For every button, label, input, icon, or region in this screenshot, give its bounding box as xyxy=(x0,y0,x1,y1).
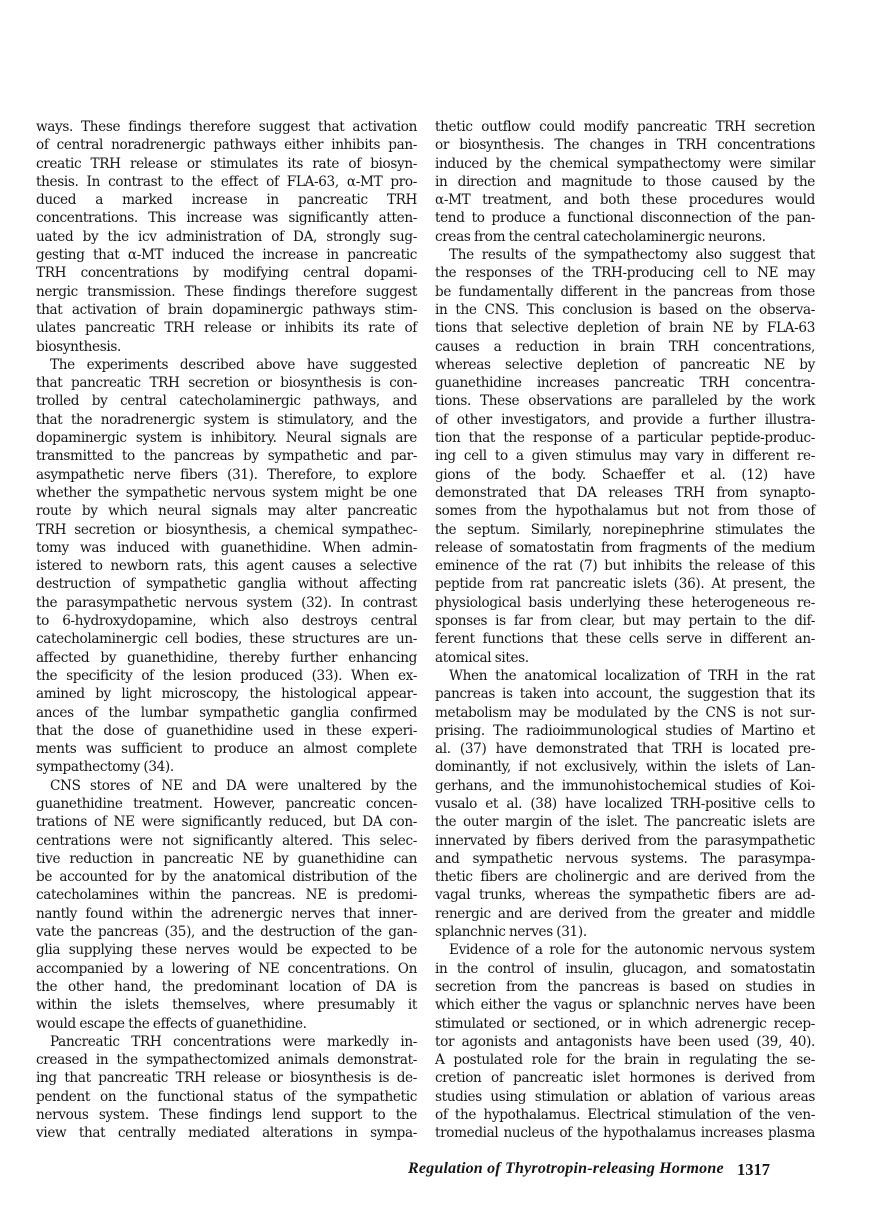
text-line: causes a reduction in brain TRH concentr… xyxy=(435,338,815,356)
text-line: route by which neural signals may alter … xyxy=(36,502,417,520)
text-line: the septum. Similarly, norepinephrine st… xyxy=(435,521,815,539)
text-line: secretion from the pancreas is based on … xyxy=(435,978,815,996)
text-line: CNS stores of NE and DA were unaltered b… xyxy=(36,777,417,795)
text-line: catecholamines within the pancreas. NE i… xyxy=(36,886,417,904)
text-line: the parasympathetic nervous system (32).… xyxy=(36,594,417,612)
text-line: When the anatomical localization of TRH … xyxy=(435,667,815,685)
text-line: nergic transmission. These findings ther… xyxy=(36,283,417,301)
text-line: the responses of the TRH-producing cell … xyxy=(435,264,815,282)
text-line: prising. The radioimmunological studies … xyxy=(435,722,815,740)
text-line: or biosynthesis. The changes in TRH conc… xyxy=(435,136,815,154)
text-line: concentrations. This increase was signif… xyxy=(36,209,417,227)
text-line: be fundamentally different in the pancre… xyxy=(435,283,815,301)
text-line: ing that pancreatic TRH release or biosy… xyxy=(36,1069,417,1087)
text-line: that pancreatic TRH secretion or biosynt… xyxy=(36,374,417,392)
text-line: TRH concentrations by modifying central … xyxy=(36,264,417,282)
text-line: ances of the lumbar sympathetic ganglia … xyxy=(36,704,417,722)
text-line: TRH secretion or biosynthesis, a chemica… xyxy=(36,521,417,539)
text-line: physiological basis underlying these het… xyxy=(435,594,815,612)
text-line: glia supplying these nerves would be exp… xyxy=(36,941,417,959)
text-line: tion that the response of a particular p… xyxy=(435,429,815,447)
text-line: stimulated or sectioned, or in which adr… xyxy=(435,1015,815,1033)
text-line: studies using stimulation or ablation of… xyxy=(435,1088,815,1106)
text-line: release of somatostatin from fragments o… xyxy=(435,539,815,557)
text-line: destruction of sympathetic ganglia witho… xyxy=(36,575,417,593)
text-line: eminence of the rat (7) but inhibits the… xyxy=(435,557,815,575)
text-line: metabolism may be modulated by the CNS i… xyxy=(435,704,815,722)
text-line: tions that selective depletion of brain … xyxy=(435,319,815,337)
text-line: catecholaminergic cell bodies, these str… xyxy=(36,630,417,648)
text-line: of other investigators, and provide a fu… xyxy=(435,411,815,429)
text-line: affected by guanethidine, thereby furthe… xyxy=(36,649,417,667)
text-line: the specificity of the lesion produced (… xyxy=(36,667,417,685)
text-line: the outer margin of the islet. The pancr… xyxy=(435,813,815,831)
text-line: ulates pancreatic TRH release or inhibit… xyxy=(36,319,417,337)
text-line: be accounted for by the anatomical distr… xyxy=(36,868,417,886)
text-line: transmitted to the pancreas by sympathet… xyxy=(36,447,417,465)
text-line: the other hand, the predominant location… xyxy=(36,978,417,996)
text-line: al. (37) have demonstrated that TRH is l… xyxy=(435,740,815,758)
text-line: sympathectomy (34). xyxy=(36,758,417,776)
text-line: cretion of pancreatic islet hormones is … xyxy=(435,1069,815,1087)
running-title: Regulation of Thyrotropin-releasing Horm… xyxy=(408,1160,724,1177)
text-line: creased in the sympathectomized animals … xyxy=(36,1051,417,1069)
text-line: vusalo et al. (38) have localized TRH-po… xyxy=(435,795,815,813)
text-line: biosynthesis. xyxy=(36,338,417,356)
text-line: asympathetic nerve fibers (31). Therefor… xyxy=(36,466,417,484)
text-line: tor agonists and antagonists have been u… xyxy=(435,1033,815,1051)
left-text-column: ways. These findings therefore suggest t… xyxy=(36,118,417,1143)
text-line: dominantly, if not exclusively, within t… xyxy=(435,758,815,776)
text-line: that the noradrenergic system is stimula… xyxy=(36,411,417,429)
text-line: thesis. In contrast to the effect of FLA… xyxy=(36,173,417,191)
text-line: induced by the chemical sympathectomy we… xyxy=(435,155,815,173)
text-line: guanethidine treatment. However, pancrea… xyxy=(36,795,417,813)
text-line: somes from the hypothalamus but not from… xyxy=(435,502,815,520)
text-line: accompanied by a lowering of NE concentr… xyxy=(36,960,417,978)
text-line: amined by light microscopy, the histolog… xyxy=(36,685,417,703)
page-number: 1317 xyxy=(737,1160,770,1180)
text-line: duced a marked increase in pancreatic TR… xyxy=(36,191,417,209)
text-line: vate the pancreas (35), and the destruct… xyxy=(36,923,417,941)
text-line: which either the vagus or splanchnic ner… xyxy=(435,996,815,1014)
text-line: splanchnic nerves (31). xyxy=(435,923,815,941)
text-line: centrations were not significantly alter… xyxy=(36,832,417,850)
text-line: creatic TRH release or stimulates its ra… xyxy=(36,155,417,173)
text-line: pendent on the functional status of the … xyxy=(36,1088,417,1106)
text-line: ways. These findings therefore suggest t… xyxy=(36,118,417,136)
text-line: that activation of brain dopaminergic pa… xyxy=(36,301,417,319)
text-line: within the islets themselves, where pres… xyxy=(36,996,417,1014)
text-line: gions of the body. Schaeffer et al. (12)… xyxy=(435,466,815,484)
text-line: ments was sufficient to produce an almos… xyxy=(36,740,417,758)
right-text-column: thetic outflow could modify pancreatic T… xyxy=(435,118,815,1143)
text-line: would escape the effects of guanethidine… xyxy=(36,1015,417,1033)
text-line: thetic fibers are cholinergic and are de… xyxy=(435,868,815,886)
text-line: ferent functions that these cells serve … xyxy=(435,630,815,648)
text-line: ing cell to a given stimulus may vary in… xyxy=(435,447,815,465)
text-line: The experiments described above have sug… xyxy=(36,356,417,374)
text-line: thetic outflow could modify pancreatic T… xyxy=(435,118,815,136)
text-line: dopaminergic system is inhibitory. Neura… xyxy=(36,429,417,447)
text-line: to 6-hydroxydopamine, which also destroy… xyxy=(36,612,417,630)
text-line: innervated by fibers derived from the pa… xyxy=(435,832,815,850)
text-line: trations of NE were significantly reduce… xyxy=(36,813,417,831)
text-line: Evidence of a role for the autonomic ner… xyxy=(435,941,815,959)
text-line: gerhans, and the immunohistochemical stu… xyxy=(435,777,815,795)
text-line: in direction and magnitude to those caus… xyxy=(435,173,815,191)
text-line: demonstrated that DA releases TRH from s… xyxy=(435,484,815,502)
text-line: that the dose of guanethidine used in th… xyxy=(36,722,417,740)
text-line: peptide from rat pancreatic islets (36).… xyxy=(435,575,815,593)
text-line: uated by the icv administration of DA, s… xyxy=(36,228,417,246)
text-line: of central noradrenergic pathways either… xyxy=(36,136,417,154)
text-line: in the control of insulin, glucagon, and… xyxy=(435,960,815,978)
text-line: tromedial nucleus of the hypothalamus in… xyxy=(435,1124,815,1142)
text-line: tions. These observations are paralleled… xyxy=(435,392,815,410)
text-line: vagal trunks, whereas the sympathetic fi… xyxy=(435,886,815,904)
text-line: renergic and are derived from the greate… xyxy=(435,905,815,923)
text-line: and sympathetic nervous systems. The par… xyxy=(435,850,815,868)
text-line: atomical sites. xyxy=(435,649,815,667)
text-line: view that centrally mediated alterations… xyxy=(36,1124,417,1142)
page-footer: Regulation of Thyrotropin-releasing Horm… xyxy=(408,1160,724,1178)
text-line: gesting that α-MT induced the increase i… xyxy=(36,246,417,264)
text-line: α-MT treatment, and both these procedure… xyxy=(435,191,815,209)
text-line: whereas selective depletion of pancreati… xyxy=(435,356,815,374)
text-line: A postulated role for the brain in regul… xyxy=(435,1051,815,1069)
text-line: creas from the central catecholaminergic… xyxy=(435,228,815,246)
text-line: The results of the sympathectomy also su… xyxy=(435,246,815,264)
text-line: tend to produce a functional disconnecti… xyxy=(435,209,815,227)
journal-page: ways. These findings therefore suggest t… xyxy=(0,0,885,1224)
text-line: nervous system. These findings lend supp… xyxy=(36,1106,417,1124)
text-line: istered to newborn rats, this agent caus… xyxy=(36,557,417,575)
text-line: of the hypothalamus. Electrical stimulat… xyxy=(435,1106,815,1124)
text-line: trolled by central catecholaminergic pat… xyxy=(36,392,417,410)
text-line: sponses is far from clear, but may perta… xyxy=(435,612,815,630)
text-line: tomy was induced with guanethidine. When… xyxy=(36,539,417,557)
text-line: nantly found within the adrenergic nerve… xyxy=(36,905,417,923)
text-line: tive reduction in pancreatic NE by guane… xyxy=(36,850,417,868)
text-line: Pancreatic TRH concentrations were marke… xyxy=(36,1033,417,1051)
text-line: whether the sympathetic nervous system m… xyxy=(36,484,417,502)
text-line: pancreas is taken into account, the sugg… xyxy=(435,685,815,703)
text-line: in the CNS. This conclusion is based on … xyxy=(435,301,815,319)
text-line: guanethidine increases pancreatic TRH co… xyxy=(435,374,815,392)
